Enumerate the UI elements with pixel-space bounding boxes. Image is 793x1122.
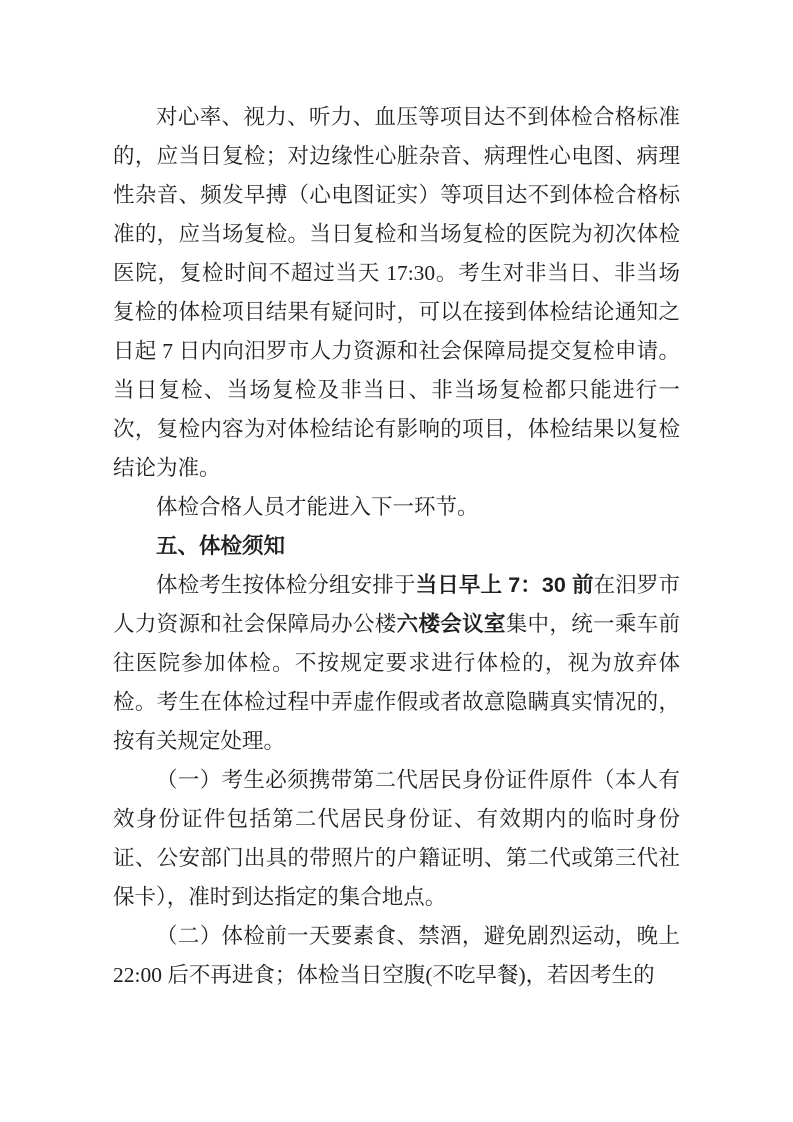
paragraph-assembly-instructions: 体检考生按体检分组安排于当日早上 7：30 前在汨罗市人力资源和社会保障局办公楼… [113, 566, 680, 761]
paragraph-item-1-id-documents: （一）考生必须携带第二代居民身份证件原件（本人有效身份证件包括第二代居民身份证、… [113, 761, 680, 917]
section-heading-text: 五、体检须知 [156, 534, 285, 558]
bold-meeting-room: 六楼会议室 [397, 612, 506, 636]
paragraph-item-2-diet-rules: （二）体检前一天要素食、禁酒，避免剧烈运动，晚上 22:00 后不再进食；体检当… [113, 917, 680, 995]
bold-meeting-time: 当日早上 7：30 前 [416, 573, 594, 597]
paragraph-text: 体检考生按体检分组安排于 [156, 573, 416, 597]
paragraph-qualification-note: 体检合格人员才能进入下一环节。 [113, 488, 680, 527]
document-body: 对心率、视力、听力、血压等项目达不到体检合格标准的，应当日复检；对边缘性心脏杂音… [113, 98, 680, 995]
paragraph-recheck-rules: 对心率、视力、听力、血压等项目达不到体检合格标准的，应当日复检；对边缘性心脏杂音… [113, 98, 680, 488]
section-heading: 五、体检须知 [113, 527, 680, 566]
paragraph-text: （二）体检前一天要素食、禁酒，避免剧烈运动，晚上 22:00 后不再进食；体检当… [113, 924, 680, 987]
paragraph-text: （一）考生必须携带第二代居民身份证件原件（本人有效身份证件包括第二代居民身份证、… [113, 768, 680, 909]
document-page: 对心率、视力、听力、血压等项目达不到体检合格标准的，应当日复检；对边缘性心脏杂音… [0, 0, 793, 1122]
paragraph-text: 体检合格人员才能进入下一环节。 [156, 495, 479, 519]
paragraph-text: 对心率、视力、听力、血压等项目达不到体检合格标准的，应当日复检；对边缘性心脏杂音… [113, 105, 680, 480]
